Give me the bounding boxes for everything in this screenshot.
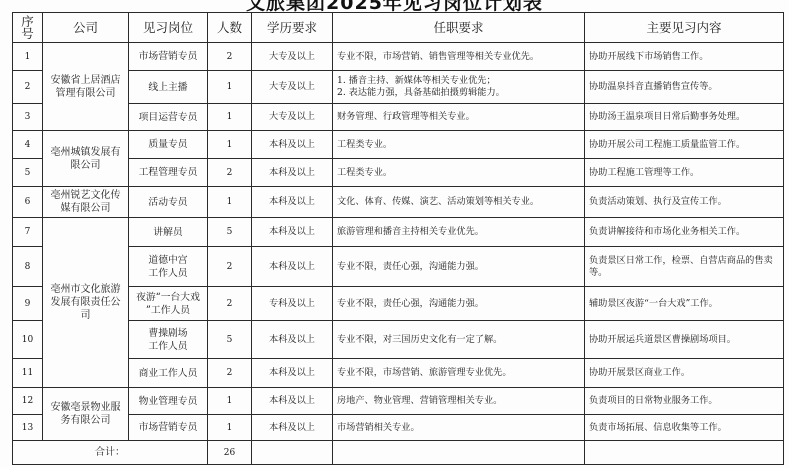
count-cell: 2 xyxy=(208,43,252,71)
requirement-cell: 旅游管理和播音主持相关专业优先。 xyxy=(333,218,585,247)
row-no: 7 xyxy=(13,218,43,247)
total-label: 合计： xyxy=(13,441,208,465)
education-cell: 本科及以上 xyxy=(252,187,333,218)
count-cell: 2 xyxy=(208,159,252,187)
position-cell: 讲解员 xyxy=(129,218,208,247)
position-line: 夜游“一台大戏 xyxy=(132,291,204,304)
row-no: 4 xyxy=(13,131,43,159)
count-cell: 1 xyxy=(208,187,252,218)
count-cell: 5 xyxy=(208,321,252,359)
total-count: 26 xyxy=(208,441,252,465)
position-cell: 工程管理专员 xyxy=(129,159,208,187)
education-cell: 本科及以上 xyxy=(252,218,333,247)
row-no: 11 xyxy=(13,359,43,388)
position-line: 工作人员 xyxy=(132,267,204,280)
header-education: 学历要求 xyxy=(252,13,333,43)
position-cell: 活动专员 xyxy=(129,187,208,218)
table-row: 10 曹操剧场 工作人员 5 本科及以上 专业不限，对三国历史文化有一定了解。 … xyxy=(13,321,784,359)
table-row: 2 线上主播 1 大专及以上 1. 播音主持、新媒体等相关专业优先； 2. 表达… xyxy=(13,71,784,104)
row-no: 3 xyxy=(13,104,43,131)
content-cell: 协助开展运兵道景区曹操剧场项目。 xyxy=(585,321,784,359)
requirement-cell: 市场营销相关专业。 xyxy=(333,415,585,441)
company-cell: 安徽省上居酒店管理有限公司 xyxy=(43,43,129,131)
requirement-cell: 文化、体育、传媒、演艺、活动策划等相关专业。 xyxy=(333,187,585,218)
position-cell: 曹操剧场 工作人员 xyxy=(129,321,208,359)
position-line: 道德中宫 xyxy=(132,254,204,267)
row-no: 2 xyxy=(13,71,43,104)
count-cell: 1 xyxy=(208,131,252,159)
content-cell: 协助温泉抖音直播销售宣传等。 xyxy=(585,71,784,104)
count-cell: 5 xyxy=(208,218,252,247)
education-cell: 本科及以上 xyxy=(252,359,333,388)
empty-cell xyxy=(585,441,784,465)
position-cell: 市场营销专员 xyxy=(129,43,208,71)
requirement-line: 1. 播音主持、新媒体等相关专业优先； xyxy=(337,75,581,87)
content-cell: 负责景区日常工作，检票、自营店商品的售卖等。 xyxy=(585,247,784,287)
position-cell: 质量专员 xyxy=(129,131,208,159)
education-cell: 本科及以上 xyxy=(252,321,333,359)
table-row: 13 市场营销专员 1 本科及以上 市场营销相关专业。 负责市场拓展、信息收集等… xyxy=(13,415,784,441)
education-cell: 大专及以上 xyxy=(252,71,333,104)
requirement-cell: 工程类专业。 xyxy=(333,131,585,159)
requirement-cell: 专业不限，对三国历史文化有一定了解。 xyxy=(333,321,585,359)
content-cell: 负责活动策划、执行及宣传工作。 xyxy=(585,187,784,218)
row-no: 13 xyxy=(13,415,43,441)
education-cell: 本科及以上 xyxy=(252,131,333,159)
position-cell: 项目运营专员 xyxy=(129,104,208,131)
row-no: 10 xyxy=(13,321,43,359)
content-cell: 辅助景区夜游“一台大戏”工作。 xyxy=(585,287,784,321)
requirement-cell: 专业不限，责任心强，沟通能力强。 xyxy=(333,287,585,321)
company-cell: 亳州城镇发展有限公司 xyxy=(43,131,129,187)
company-cell: 安徽亳景物业服务有限公司 xyxy=(43,388,129,441)
table-row: 6 亳州锐艺文化传媒有限公司 活动专员 1 本科及以上 文化、体育、传媒、演艺、… xyxy=(13,187,784,218)
position-cell: 道德中宫 工作人员 xyxy=(129,247,208,287)
table-row: 11 商业工作人员 2 本科及以上 专业不限，市场营销、旅游管理专业优先。 协助… xyxy=(13,359,784,388)
position-line: ”工作人员 xyxy=(132,304,204,317)
position-cell: 商业工作人员 xyxy=(129,359,208,388)
row-no: 6 xyxy=(13,187,43,218)
count-cell: 1 xyxy=(208,415,252,441)
position-cell: 市场营销专员 xyxy=(129,415,208,441)
row-no: 8 xyxy=(13,247,43,287)
position-cell: 线上主播 xyxy=(129,71,208,104)
requirement-line: 2. 表达能力强，具备基础拍摄剪辑能力。 xyxy=(337,87,581,99)
requirement-cell: 工程类专业。 xyxy=(333,159,585,187)
header-count: 人数 xyxy=(208,13,252,43)
education-cell: 大专及以上 xyxy=(252,104,333,131)
table-row: 1 安徽省上居酒店管理有限公司 市场营销专员 2 大专及以上 专业不限，市场营销… xyxy=(13,43,784,71)
position-line: 工作人员 xyxy=(132,340,204,353)
education-cell: 本科及以上 xyxy=(252,415,333,441)
table-row: 5 工程管理专员 2 本科及以上 工程类专业。 协助工程施工管理等工作。 xyxy=(13,159,784,187)
header-content: 主要见习内容 xyxy=(585,13,784,43)
content-cell: 协助开展公司工程施工质量监管工作。 xyxy=(585,131,784,159)
header-position: 见习岗位 xyxy=(129,13,208,43)
count-cell: 1 xyxy=(208,388,252,415)
position-line: 曹操剧场 xyxy=(132,327,204,340)
header-row: 序号 公司 见习岗位 人数 学历要求 任职要求 主要见习内容 xyxy=(13,13,784,43)
table-row: 12 安徽亳景物业服务有限公司 物业管理专员 1 本科及以上 房地产、物业管理、… xyxy=(13,388,784,415)
table-row: 3 项目运营专员 1 大专及以上 财务管理、行政管理等相关专业。 协助汤王温泉项… xyxy=(13,104,784,131)
requirement-cell: 专业不限，市场营销、销售管理等相关专业优先。 xyxy=(333,43,585,71)
table-row: 7 亳州市文化旅游发展有限责任公司 讲解员 5 本科及以上 旅游管理和播音主持相… xyxy=(13,218,784,247)
content-cell: 协助汤王温泉项目日常后勤事务处理。 xyxy=(585,104,784,131)
requirement-cell: 专业不限，责任心强，沟通能力强。 xyxy=(333,247,585,287)
company-cell: 亳州市文化旅游发展有限责任公司 xyxy=(43,218,129,388)
education-cell: 本科及以上 xyxy=(252,388,333,415)
count-cell: 2 xyxy=(208,247,252,287)
position-cell: 物业管理专员 xyxy=(129,388,208,415)
row-no: 5 xyxy=(13,159,43,187)
requirement-cell: 专业不限，市场营销、旅游管理专业优先。 xyxy=(333,359,585,388)
header-company: 公司 xyxy=(43,13,129,43)
education-cell: 本科及以上 xyxy=(252,247,333,287)
count-cell: 1 xyxy=(208,104,252,131)
count-cell: 2 xyxy=(208,287,252,321)
content-cell: 负责市场拓展、信息收集等工作。 xyxy=(585,415,784,441)
internship-plan-table: 序号 公司 见习岗位 人数 学历要求 任职要求 主要见习内容 1 安徽省上居酒店… xyxy=(12,12,784,465)
count-cell: 1 xyxy=(208,71,252,104)
header-no: 序号 xyxy=(13,13,43,43)
content-cell: 负责讲解接待和市场化业务相关工作。 xyxy=(585,218,784,247)
count-cell: 2 xyxy=(208,359,252,388)
education-cell: 大专及以上 xyxy=(252,43,333,71)
position-cell: 夜游“一台大戏 ”工作人员 xyxy=(129,287,208,321)
table-row: 8 道德中宫 工作人员 2 本科及以上 专业不限，责任心强，沟通能力强。 负责景… xyxy=(13,247,784,287)
empty-cell xyxy=(252,441,333,465)
company-cell: 亳州锐艺文化传媒有限公司 xyxy=(43,187,129,218)
education-cell: 专科及以上 xyxy=(252,287,333,321)
row-no: 9 xyxy=(13,287,43,321)
row-no: 1 xyxy=(13,43,43,71)
requirement-cell: 财务管理、行政管理等相关专业。 xyxy=(333,104,585,131)
header-requirement: 任职要求 xyxy=(333,13,585,43)
table-row: 4 亳州城镇发展有限公司 质量专员 1 本科及以上 工程类专业。 协助开展公司工… xyxy=(13,131,784,159)
requirement-cell: 房地产、物业管理、营销管理相关专业。 xyxy=(333,388,585,415)
table-row: 9 夜游“一台大戏 ”工作人员 2 专科及以上 专业不限，责任心强，沟通能力强。… xyxy=(13,287,784,321)
total-row: 合计： 26 xyxy=(13,441,784,465)
row-no: 12 xyxy=(13,388,43,415)
content-cell: 负责项目的日常物业服务工作。 xyxy=(585,388,784,415)
empty-cell xyxy=(333,441,585,465)
education-cell: 本科及以上 xyxy=(252,159,333,187)
content-cell: 协助开展景区商业工作。 xyxy=(585,359,784,388)
requirement-cell: 1. 播音主持、新媒体等相关专业优先； 2. 表达能力强，具备基础拍摄剪辑能力。 xyxy=(333,71,585,104)
content-cell: 协助工程施工管理等工作。 xyxy=(585,159,784,187)
content-cell: 协助开展线下市场销售工作。 xyxy=(585,43,784,71)
